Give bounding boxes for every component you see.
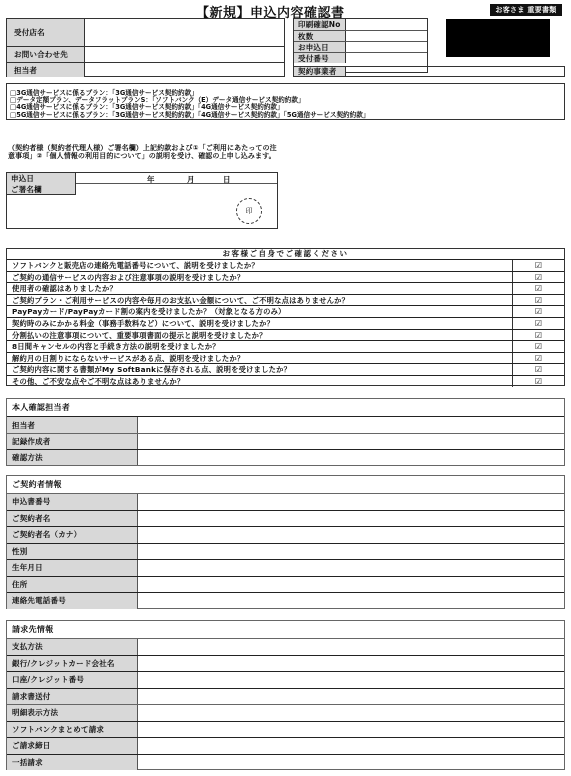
field-label: ご契約者名（カナ） bbox=[7, 527, 138, 543]
sign-label: ご署名欄 bbox=[7, 184, 76, 195]
redacted-block bbox=[446, 19, 550, 57]
store-info-table: 受付店名 お問い合わせ先 担当者 bbox=[6, 18, 285, 77]
date-row: 申込日 年 月 日 bbox=[7, 173, 277, 184]
field-label: 一括請求 bbox=[7, 755, 138, 770]
table-row: 住所 bbox=[7, 576, 564, 593]
table-row: 請求書送付 bbox=[7, 688, 564, 705]
field-label: 連絡先電話番号 bbox=[7, 593, 138, 609]
identity-check-section: 本人確認担当者 担当者 記録作成者 確認方法 bbox=[6, 398, 565, 466]
table-row: 生年月日 bbox=[7, 559, 564, 576]
store-name-label: 受付店名 bbox=[7, 19, 85, 46]
checklist-question: 8日間キャンセルの内容と手続き方法の説明を受けましたか？ bbox=[12, 341, 220, 352]
field-label: 請求書送付 bbox=[7, 689, 138, 705]
important-document-badge: お客さま 重要書類 bbox=[490, 4, 562, 16]
checkbox-checked-icon[interactable]: ☑ bbox=[512, 330, 564, 341]
plans-box: □3G通信サービスに係るプラン：「3G通信サービス契約約款」 □データ定額プラン… bbox=[6, 83, 565, 120]
date-label: 申込日 bbox=[7, 173, 76, 184]
checkbox-checked-icon[interactable]: ☑ bbox=[512, 306, 564, 317]
checkbox-checked-icon[interactable]: ☑ bbox=[512, 283, 564, 294]
table-row: 連絡先電話番号 bbox=[7, 592, 564, 609]
checkbox-checked-icon[interactable]: ☑ bbox=[512, 260, 564, 271]
table-row: 一括請求 bbox=[7, 754, 564, 770]
table-row: ソフトバンクまとめて請求 bbox=[7, 721, 564, 738]
checklist-question: ソフトバンクと販売店の連絡先電話番号について、説明を受けましたか？ bbox=[12, 260, 259, 271]
checklist-row: ご契約内容に関する書類がMy SoftBankに保存される点、説明を受けましたか… bbox=[7, 363, 564, 375]
contact-row: お問い合わせ先 bbox=[7, 46, 284, 62]
print-no-label: 印刷確認No bbox=[294, 19, 346, 30]
month-label: 月 bbox=[187, 174, 195, 185]
checkbox-checked-icon[interactable]: ☑ bbox=[512, 272, 564, 283]
table-row: 担当者 bbox=[7, 416, 564, 433]
checklist-question: 使用者の確認はありましたか？ bbox=[12, 283, 117, 294]
checkbox-checked-icon[interactable]: ☑ bbox=[512, 376, 564, 387]
checklist-question: PayPayカード/PayPayカード割の案内を受けましたか？（対象となる方のみ… bbox=[12, 306, 286, 317]
checklist-question: ご契約内容に関する書類がMy SoftBankに保存される点、説明を受けましたか… bbox=[12, 364, 291, 375]
field-label: 確認方法 bbox=[7, 450, 138, 465]
checklist-row: 8日間キャンセルの内容と手続き方法の説明を受けましたか？☑ bbox=[7, 340, 564, 352]
field-label: 口座/クレジット番号 bbox=[7, 672, 138, 688]
checklist-question: 解約月の日割りにならないサービスがある点、説明を受けましたか？ bbox=[12, 353, 244, 364]
checklist-row: PayPayカード/PayPayカード割の案内を受けましたか？（対象となる方のみ… bbox=[7, 305, 564, 317]
signature-statement: （契約者様（契約者代理人様）ご署名欄）上記約款および①「ご利用にあたっての注意事… bbox=[8, 144, 278, 160]
field-label: 明細表示方法 bbox=[7, 705, 138, 721]
checklist-question: その他、ご不安な点やご不明な点はありませんか？ bbox=[12, 376, 184, 387]
application-date-label: お申込日 bbox=[294, 42, 346, 52]
checklist-row: ご契約プラン・ご利用サービスの内容や毎月のお支払い金額について、ご不明な点はあり… bbox=[7, 294, 564, 306]
table-row: 支払方法 bbox=[7, 638, 564, 655]
checklist-question: 契約時のみにかかる料金（事務手数料など）について、説明を受けましたか？ bbox=[12, 318, 274, 329]
checkbox-checked-icon[interactable]: ☑ bbox=[512, 353, 564, 364]
table-row: 銀行/クレジットカード会社名 bbox=[7, 655, 564, 672]
signature-box: 申込日 年 月 日 ご署名欄 bbox=[6, 172, 278, 229]
table-row: 明細表示方法 bbox=[7, 704, 564, 721]
checklist-header: お客様ご自身でご確認ください bbox=[7, 249, 564, 259]
field-label: 担当者 bbox=[7, 417, 138, 433]
checklist-row: 使用者の確認はありましたか？☑ bbox=[7, 282, 564, 294]
carrier-label: 契約事業者 bbox=[294, 67, 346, 76]
seal-stamp-area[interactable]: 印 bbox=[236, 198, 262, 224]
checkbox-checked-icon[interactable]: ☑ bbox=[512, 318, 564, 329]
table-row: 申込書番号 bbox=[7, 493, 564, 510]
checkbox-checked-icon[interactable]: ☑ bbox=[512, 364, 564, 375]
field-label: 性別 bbox=[7, 544, 138, 560]
checklist-question: ご契約の通信サービスの内容および注意事項の説明を受けましたか？ bbox=[12, 272, 244, 283]
checklist-row: その他、ご不安な点やご不明な点はありませんか？☑ bbox=[7, 375, 564, 387]
checkbox-checked-icon[interactable]: ☑ bbox=[512, 341, 564, 352]
checklist-question: 分割払いの注意事項について、重要事項書面の提示と説明を受けましたか？ bbox=[12, 330, 267, 341]
table-row: 口座/クレジット番号 bbox=[7, 671, 564, 688]
application-date-row: お申込日 bbox=[294, 41, 427, 52]
customer-checklist: お客様ご自身でご確認ください ソフトバンクと販売店の連絡先電話番号について、説明… bbox=[6, 248, 565, 386]
carrier-row: 契約事業者 bbox=[293, 66, 565, 77]
checklist-row: 解約月の日割りにならないサービスがある点、説明を受けましたか？☑ bbox=[7, 352, 564, 364]
table-row: 記録作成者 bbox=[7, 433, 564, 449]
section-title: ご契約者情報 bbox=[7, 476, 564, 493]
staff-row: 担当者 bbox=[7, 62, 284, 77]
reception-no-label: 受付番号 bbox=[294, 53, 346, 63]
print-no-row: 印刷確認No bbox=[294, 19, 427, 30]
plan-line: □5G通信サービスに係るプラン：「3G通信サービス契約約款」「4G通信サービス契… bbox=[10, 112, 564, 119]
checklist-question: ご契約プラン・ご利用サービスの内容や毎月のお支払い金額について、ご不明な点はあり… bbox=[12, 295, 349, 306]
table-row: 性別 bbox=[7, 543, 564, 560]
table-row: ご請求締日 bbox=[7, 737, 564, 754]
table-row: ご契約者名（カナ） bbox=[7, 526, 564, 543]
checklist-row: ソフトバンクと販売店の連絡先電話番号について、説明を受けましたか？☑ bbox=[7, 259, 564, 271]
billing-info-section: 請求先情報 支払方法 銀行/クレジットカード会社名 口座/クレジット番号 請求書… bbox=[6, 620, 565, 770]
field-label: ご契約者名 bbox=[7, 511, 138, 527]
checkbox-checked-icon[interactable]: ☑ bbox=[512, 295, 564, 306]
checklist-row: 分割払いの注意事項について、重要事項書面の提示と説明を受けましたか？☑ bbox=[7, 329, 564, 341]
print-info-table: 印刷確認No 枚数 お申込日 受付番号 bbox=[293, 18, 428, 73]
field-label: 住所 bbox=[7, 577, 138, 593]
field-label: ご請求締日 bbox=[7, 738, 138, 754]
field-label: 生年月日 bbox=[7, 560, 138, 576]
section-title: 本人確認担当者 bbox=[7, 399, 564, 416]
field-label: 記録作成者 bbox=[7, 434, 138, 449]
field-label: ソフトバンクまとめて請求 bbox=[7, 722, 138, 738]
store-name-row: 受付店名 bbox=[7, 19, 284, 46]
sheet-count-label: 枚数 bbox=[294, 31, 346, 41]
checklist-row: 契約時のみにかかる料金（事務手数料など）について、説明を受けましたか？☑ bbox=[7, 317, 564, 329]
checklist-row: ご契約の通信サービスの内容および注意事項の説明を受けましたか？☑ bbox=[7, 271, 564, 283]
sheet-count-row: 枚数 bbox=[294, 30, 427, 41]
table-row: 確認方法 bbox=[7, 449, 564, 465]
reception-no-row: 受付番号 bbox=[294, 52, 427, 63]
contact-label: お問い合わせ先 bbox=[7, 47, 85, 62]
day-label: 日 bbox=[223, 174, 231, 185]
contractor-info-section: ご契約者情報 申込書番号 ご契約者名 ご契約者名（カナ） 性別 生年月日 住所 … bbox=[6, 475, 565, 609]
field-label: 申込書番号 bbox=[7, 494, 138, 510]
section-title: 請求先情報 bbox=[7, 621, 564, 638]
year-label: 年 bbox=[147, 174, 155, 185]
staff-label: 担当者 bbox=[7, 63, 85, 77]
field-label: 支払方法 bbox=[7, 639, 138, 655]
field-label: 銀行/クレジットカード会社名 bbox=[7, 656, 138, 672]
table-row: ご契約者名 bbox=[7, 510, 564, 527]
